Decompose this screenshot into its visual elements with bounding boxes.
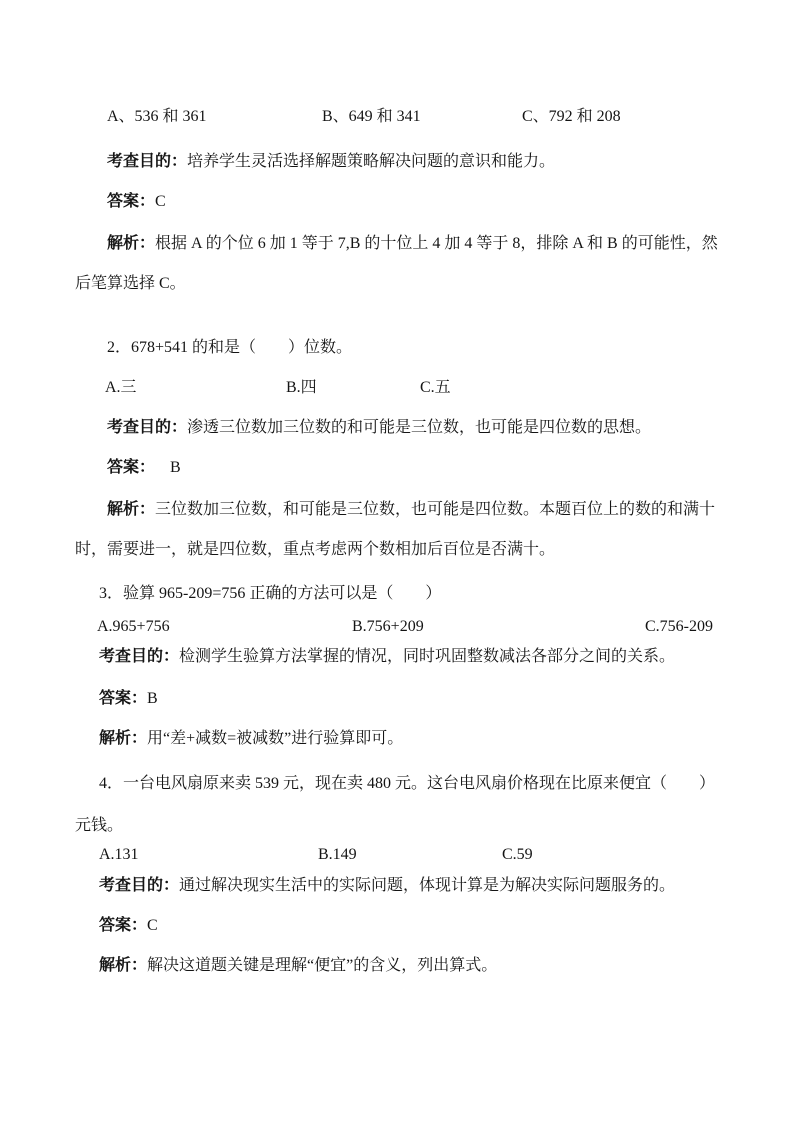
q2-option-b: B.四 [286, 378, 317, 398]
q2-purpose-text: 渗透三位数加三位数的和可能是三位数，也可能是四位数的思想。 [187, 419, 651, 436]
q4-answer: 答案：C [99, 916, 158, 936]
q2-analysis-text2: 时，需要进一，就是四位数，重点考虑两个数相加后百位是否满十。 [75, 541, 555, 558]
q1-analysis-text1: 根据 A 的个位 6 加 1 等于 7,B 的十位上 4 加 4 等于 8，排除… [155, 235, 718, 252]
q2-purpose: 考查目的：渗透三位数加三位数的和可能是三位数，也可能是四位数的思想。 [107, 418, 651, 438]
q4-option-b: B.149 [318, 845, 357, 865]
q3-purpose: 考查目的：检测学生验算方法掌握的情况，同时巩固整数减法各部分之间的关系。 [99, 647, 675, 667]
q4-analysis: 解析：解决这道题关键是理解“便宜”的含义，列出算式。 [99, 956, 497, 976]
q3-answer: 答案：B [99, 689, 158, 709]
q4-purpose-label: 考查目的： [99, 877, 179, 894]
q4-purpose: 考查目的：通过解决现实生活中的实际问题，体现计算是为解决实际问题服务的。 [99, 876, 675, 896]
q2-answer-value: B [155, 459, 181, 476]
q4-option-c: C.59 [502, 845, 533, 865]
q2-option-c: C.五 [420, 378, 451, 398]
q1-analysis-label: 解析： [107, 235, 155, 252]
q2-analysis-label: 解析： [107, 501, 155, 518]
q4-answer-value: C [147, 917, 158, 934]
q3-analysis: 解析：用“差+减数=被减数”进行验算即可。 [99, 729, 403, 749]
q3-option-c: C.756-209 [645, 617, 713, 637]
q3-question: 3．验算 965-209=756 正确的方法可以是（ ） [99, 584, 441, 604]
q2-question-text: 2．678+541 的和是（ ）位数。 [107, 339, 352, 356]
q3-option-a: A.965+756 [97, 617, 170, 637]
q4-purpose-text: 通过解决现实生活中的实际问题，体现计算是为解决实际问题服务的。 [179, 877, 675, 894]
q3-answer-label: 答案： [99, 690, 147, 707]
q4-question-text1: 4．一台电风扇原来卖 539 元，现在卖 480 元。这台电风扇价格现在比原来便… [99, 775, 715, 792]
q1-answer-label: 答案： [107, 193, 155, 210]
q1-analysis-line1: 解析：根据 A 的个位 6 加 1 等于 7,B 的十位上 4 加 4 等于 8… [107, 234, 718, 254]
q3-question-text: 3．验算 965-209=756 正确的方法可以是（ ） [99, 585, 441, 602]
q4-analysis-label: 解析： [99, 957, 147, 974]
q3-answer-value: B [147, 690, 158, 707]
q3-purpose-label: 考查目的： [99, 648, 179, 665]
q1-purpose-label: 考查目的： [107, 153, 187, 170]
q1-answer-value: C [155, 193, 166, 210]
q1-purpose: 考查目的：培养学生灵活选择解题策略解决问题的意识和能力。 [107, 152, 555, 172]
q3-purpose-text: 检测学生验算方法掌握的情况，同时巩固整数减法各部分之间的关系。 [179, 648, 675, 665]
q3-analysis-label: 解析： [99, 730, 147, 747]
q2-analysis-text1: 三位数加三位数，和可能是三位数，也可能是四位数。本题百位上的数的和满十 [155, 501, 715, 518]
q4-question-text2: 元钱。 [75, 817, 123, 834]
q2-analysis-line2: 时，需要进一，就是四位数，重点考虑两个数相加后百位是否满十。 [75, 540, 555, 560]
q1-analysis-text2: 后笔算选择 C。 [75, 275, 186, 292]
q1-answer: 答案：C [107, 192, 166, 212]
q1-option-a: A、536 和 361 [107, 107, 207, 127]
q2-analysis-line1: 解析：三位数加三位数，和可能是三位数，也可能是四位数。本题百位上的数的和满十 [107, 500, 715, 520]
q3-analysis-text: 用“差+减数=被减数”进行验算即可。 [147, 730, 403, 747]
q2-question: 2．678+541 的和是（ ）位数。 [107, 338, 352, 358]
q1-option-b: B、649 和 341 [322, 107, 421, 127]
q2-answer: 答案：B [107, 458, 181, 478]
q1-option-c: C、792 和 208 [522, 107, 621, 127]
q4-analysis-text: 解决这道题关键是理解“便宜”的含义，列出算式。 [147, 957, 497, 974]
q4-answer-label: 答案： [99, 917, 147, 934]
q2-answer-label: 答案： [107, 459, 155, 476]
q4-option-a: A.131 [99, 845, 139, 865]
q1-analysis-line2: 后笔算选择 C。 [75, 274, 186, 294]
q4-question-line2: 元钱。 [75, 816, 123, 836]
q2-option-a: A.三 [105, 378, 137, 398]
q2-purpose-label: 考查目的： [107, 419, 187, 436]
q4-question-line1: 4．一台电风扇原来卖 539 元，现在卖 480 元。这台电风扇价格现在比原来便… [99, 774, 715, 794]
q1-purpose-text: 培养学生灵活选择解题策略解决问题的意识和能力。 [187, 153, 555, 170]
q3-option-b: B.756+209 [352, 617, 424, 637]
document-page: A、536 和 361 B、649 和 341 C、792 和 208 考查目的… [0, 0, 793, 1122]
